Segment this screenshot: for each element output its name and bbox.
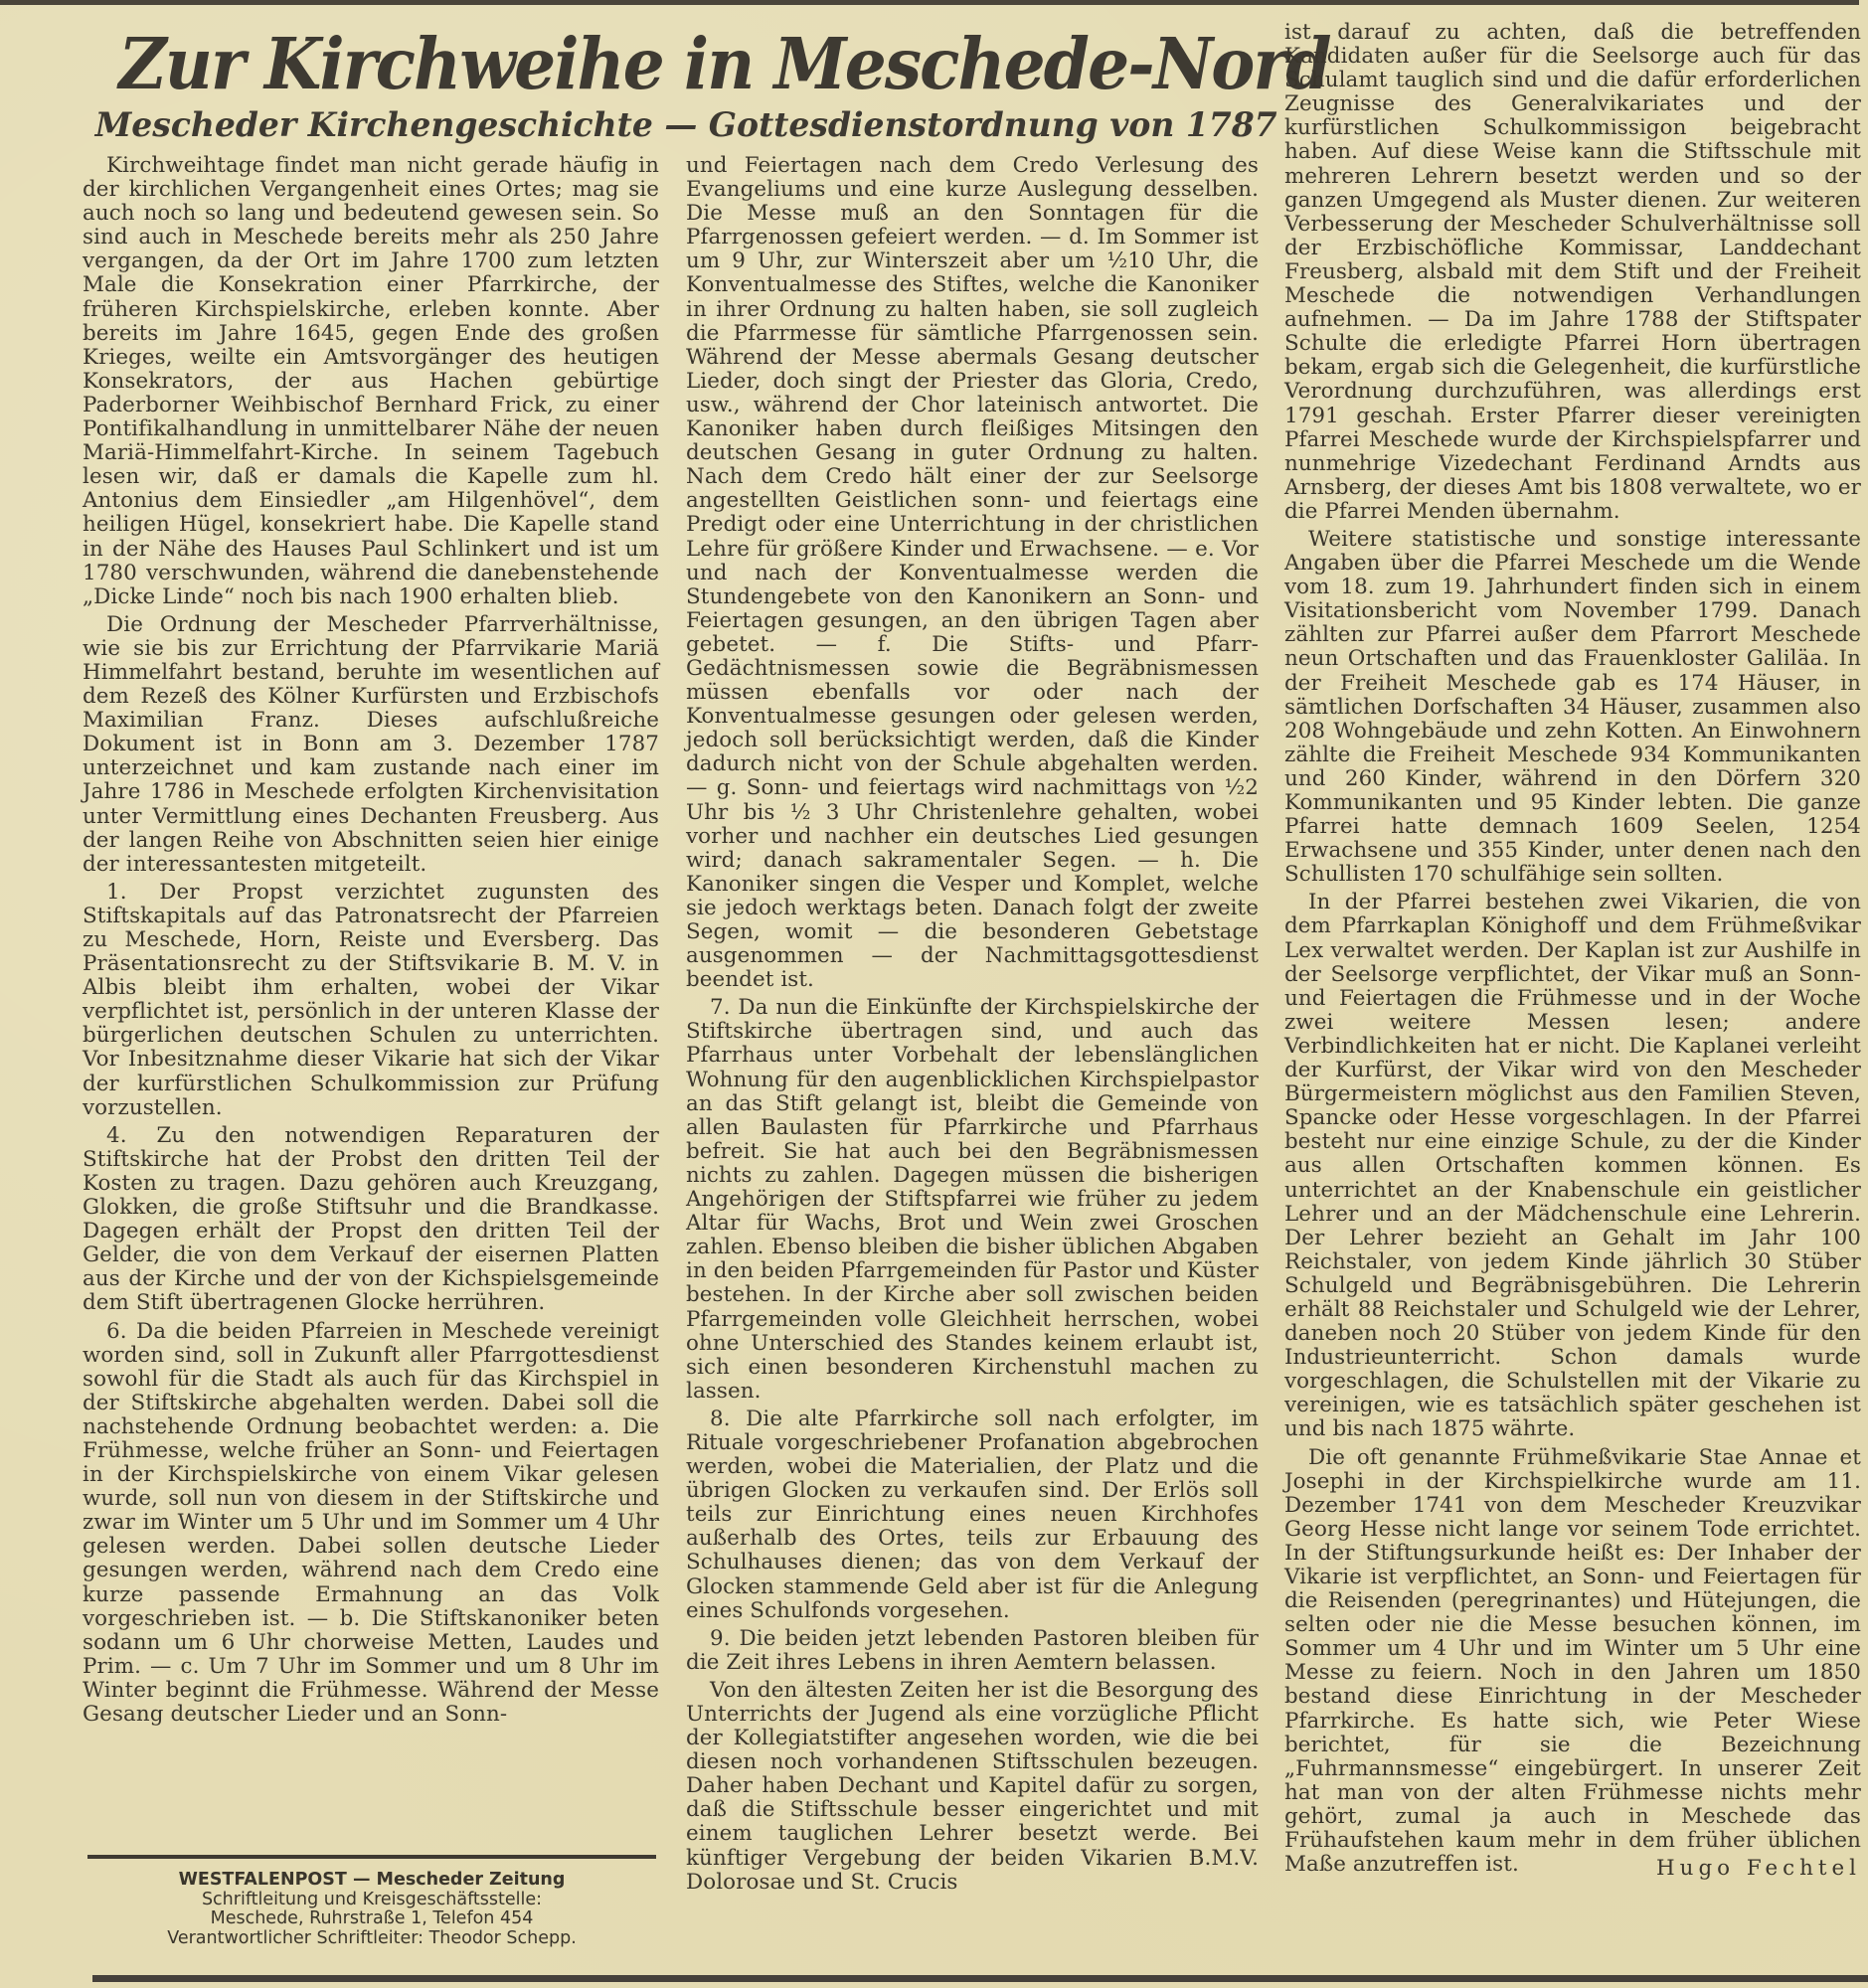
paragraph: Kirchweihtage findet man nicht gerade hä… — [83, 154, 659, 609]
imprint-divider — [87, 1855, 656, 1859]
newspaper-page: Zur Kirchweihe in Meschede-Nord Meschede… — [0, 0, 1868, 1988]
paragraph: 7. Da nun die Einkünfte der Kirchspielsk… — [686, 996, 1259, 1404]
paragraph: In der Pfarrei bestehen zwei Vikarien, d… — [1284, 891, 1861, 1441]
imprint-address: Meschede, Ruhrstraße 1, Telefon 454 — [87, 1909, 656, 1929]
top-rule — [0, 0, 1859, 5]
paragraph: und Feiertagen nach dem Credo Verlesung … — [686, 154, 1259, 992]
bottom-rule — [92, 1975, 1868, 1982]
imprint-publication: WESTFALENPOST — Mescheder Zeitung — [87, 1871, 656, 1891]
paragraph: 9. Die beiden jetzt lebenden Pastoren bl… — [686, 1627, 1259, 1675]
paragraph: 8. Die alte Pfarrkirche soll nach erfolg… — [686, 1408, 1259, 1623]
paragraph: ist darauf zu achten, daß die betreffend… — [1284, 21, 1861, 524]
paragraph: Weitere statistische und sonstige intere… — [1284, 528, 1861, 887]
subheadline: Mescheder Kirchengeschichte — Gottesdien… — [95, 105, 1238, 145]
headline-block: Zur Kirchweihe in Meschede-Nord Meschede… — [78, 22, 1256, 145]
imprint-editor: Verantwortlicher Schriftleiter: Theodor … — [87, 1929, 656, 1949]
newspaper-imprint: WESTFALENPOST — Mescheder Zeitung Schrif… — [87, 1871, 656, 1948]
paragraph: 6. Da die beiden Pfarreien in Meschede v… — [83, 1320, 659, 1728]
paragraph: Die oft genannte Frühmeßvikarie Stae Ann… — [1284, 1446, 1861, 1878]
headline: Zur Kirchweihe in Meschede-Nord — [118, 22, 1214, 105]
paragraph: 4. Zu den notwendigen Reparaturen der St… — [83, 1124, 659, 1316]
paragraph: Von den ältesten Zeiten her ist die Beso… — [686, 1679, 1259, 1895]
paragraph: 1. Der Propst verzichtet zugunsten des S… — [83, 881, 659, 1120]
column-2: und Feiertagen nach dem Credo Verlesung … — [686, 154, 1259, 1899]
paragraph: Die Ordnung der Mescheder Pfarrverhältni… — [83, 613, 659, 877]
imprint-office: Schriftleitung und Kreisgeschäftsstelle: — [87, 1891, 656, 1910]
column-1: Kirchweihtage findet man nicht gerade hä… — [83, 154, 659, 1731]
column-3: ist darauf zu achten, daß die betreffend… — [1284, 21, 1861, 1881]
